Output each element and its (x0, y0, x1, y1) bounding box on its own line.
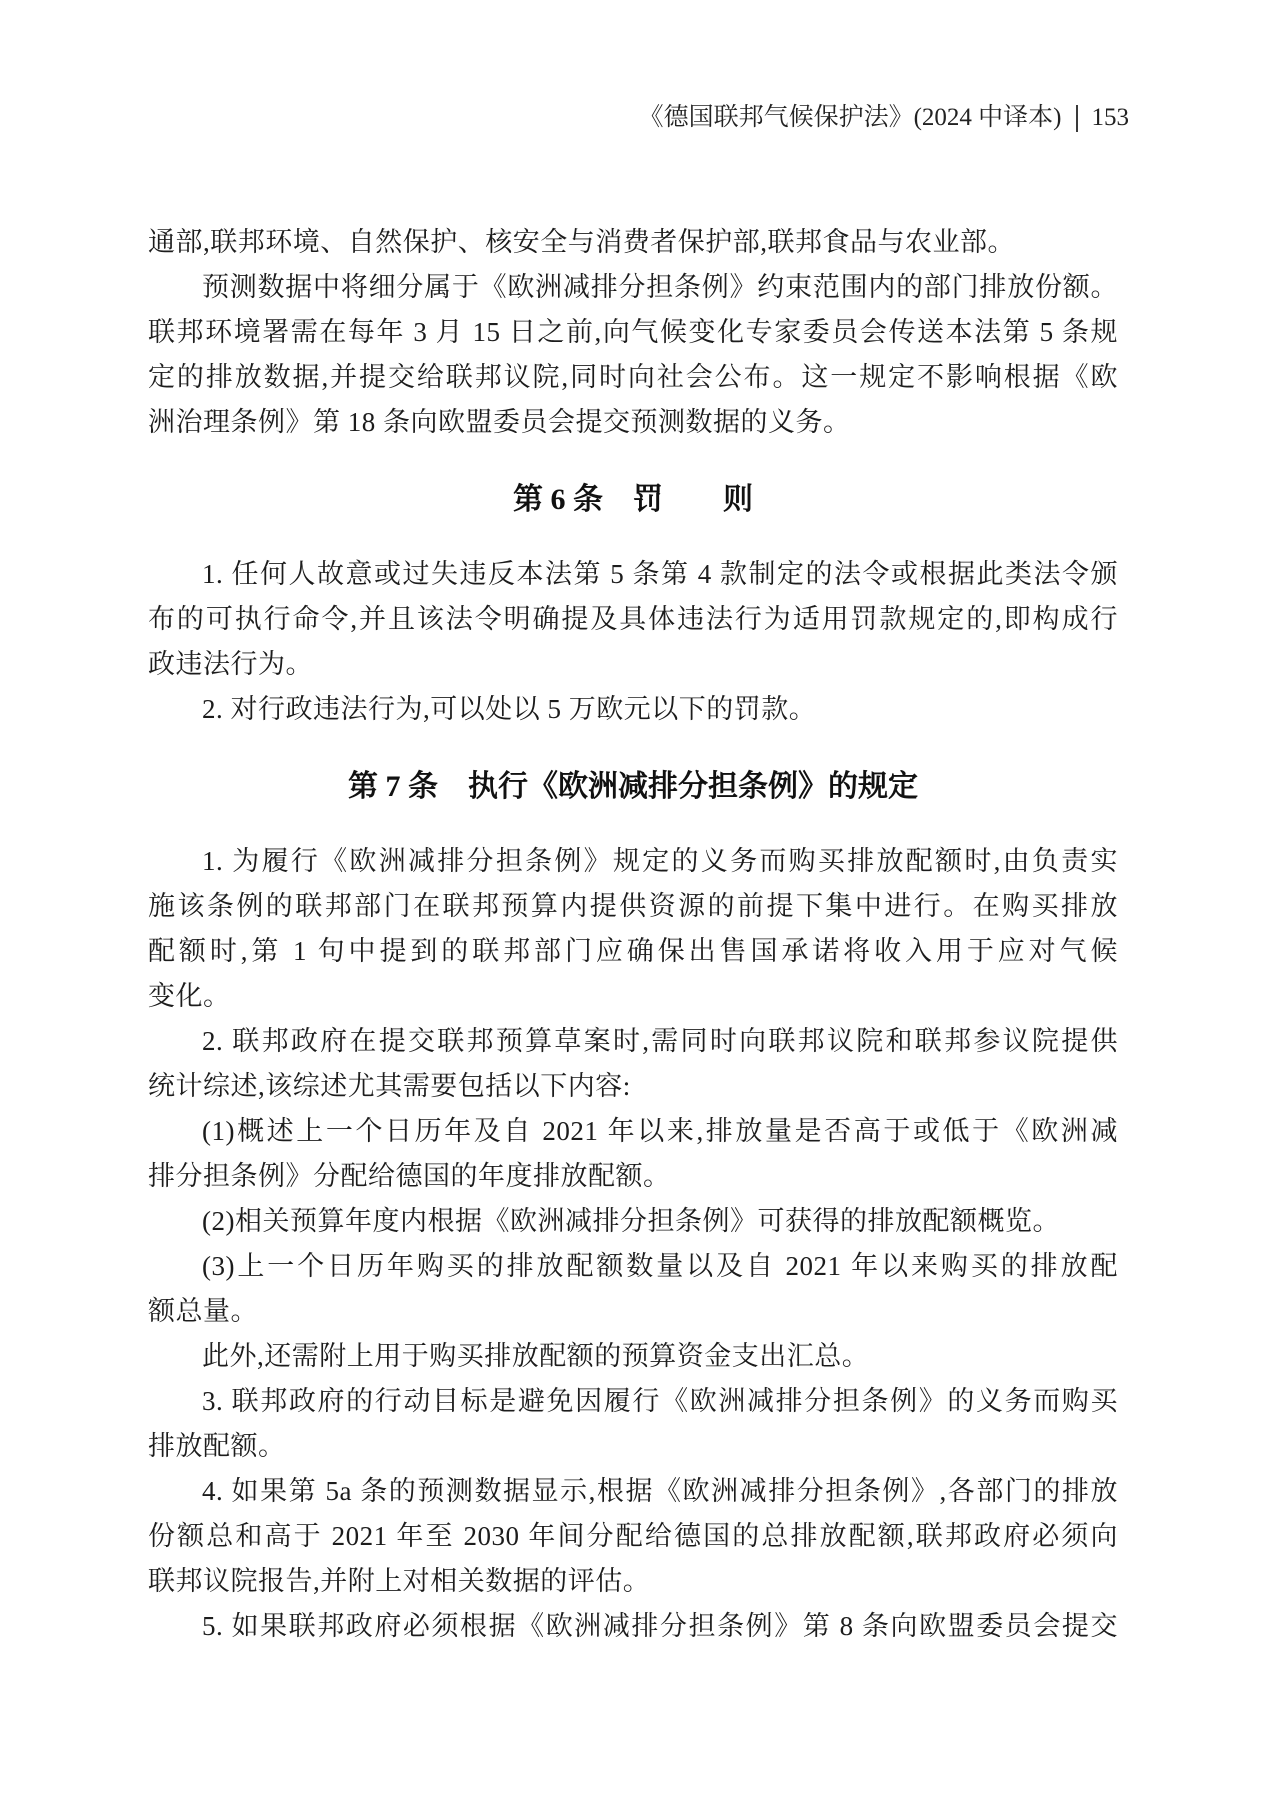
text-line: 洲治理条例》第 18 条向欧盟委员会提交预测数据的义务。 (148, 400, 1118, 445)
text-line: 变化。 (148, 974, 1118, 1019)
text-line: 额总量。 (148, 1289, 1118, 1334)
text-line: 1. 为履行《欧洲减排分担条例》规定的义务而购买排放配额时,由负责实 (148, 839, 1118, 884)
text-line: 3. 联邦政府的行动目标是避免因履行《欧洲减排分担条例》的义务而购买 (148, 1379, 1118, 1424)
text-line: 布的可执行命令,并且该法令明确提及具体违法行为适用罚款规定的,即构成行 (148, 597, 1118, 642)
text-line: (2)相关预算年度内根据《欧洲减排分担条例》可获得的排放配额概览。 (148, 1199, 1118, 1244)
text-line: (3)上一个日历年购买的排放配额数量以及自 2021 年以来购买的排放配 (148, 1244, 1118, 1289)
text-line: 配额时,第 1 句中提到的联邦部门应确保出售国承诺将收入用于应对气候 (148, 929, 1118, 974)
text-line: 排放配额。 (148, 1424, 1118, 1469)
document-page: 《德国联邦气候保护法》(2024 中译本) 153 通部,联邦环境、自然保护、核… (0, 0, 1269, 1804)
text-line: (1)概述上一个日历年及自 2021 年以来,排放量是否高于或低于《欧洲减 (148, 1109, 1118, 1154)
text-line: 联邦环境署需在每年 3 月 15 日之前,向气候变化专家委员会传送本法第 5 条… (148, 310, 1118, 355)
page-body: 通部,联邦环境、自然保护、核安全与消费者保护部,联邦食品与农业部。 预测数据中将… (148, 220, 1118, 1649)
text-line: 统计综述,该综述尤其需要包括以下内容: (148, 1064, 1118, 1109)
page-number: 153 (1092, 100, 1130, 136)
text-line: 此外,还需附上用于购买排放配额的预算资金支出汇总。 (148, 1334, 1118, 1379)
text-line: 预测数据中将细分属于《欧洲减排分担条例》约束范围内的部门排放份额。 (148, 265, 1118, 310)
section-heading: 第 6 条 罚 则 (148, 477, 1118, 522)
header-divider (1076, 105, 1078, 132)
text-line: 排分担条例》分配给德国的年度排放配额。 (148, 1154, 1118, 1199)
text-line: 4. 如果第 5a 条的预测数据显示,根据《欧洲减排分担条例》,各部门的排放 (148, 1469, 1118, 1514)
text-line: 定的排放数据,并提交给联邦议院,同时向社会公布。这一规定不影响根据《欧 (148, 355, 1118, 400)
text-line: 5. 如果联邦政府必须根据《欧洲减排分担条例》第 8 条向欧盟委员会提交 (148, 1604, 1118, 1649)
text-line: 联邦议院报告,并附上对相关数据的评估。 (148, 1559, 1118, 1604)
text-line: 施该条例的联邦部门在联邦预算内提供资源的前提下集中进行。在购买排放 (148, 884, 1118, 929)
text-line: 通部,联邦环境、自然保护、核安全与消费者保护部,联邦食品与农业部。 (148, 220, 1118, 265)
text-line: 政违法行为。 (148, 642, 1118, 687)
page-header: 《德国联邦气候保护法》(2024 中译本) 153 (639, 100, 1129, 136)
section-heading: 第 7 条 执行《欧洲减排分担条例》的规定 (148, 764, 1118, 809)
text-line: 2. 对行政违法行为,可以处以 5 万欧元以下的罚款。 (148, 687, 1118, 732)
text-line: 1. 任何人故意或过失违反本法第 5 条第 4 款制定的法令或根据此类法令颁 (148, 552, 1118, 597)
text-line: 份额总和高于 2021 年至 2030 年间分配给德国的总排放配额,联邦政府必须… (148, 1514, 1118, 1559)
running-title: 《德国联邦气候保护法》(2024 中译本) (639, 100, 1062, 136)
text-line: 2. 联邦政府在提交联邦预算草案时,需同时向联邦议院和联邦参议院提供 (148, 1019, 1118, 1064)
